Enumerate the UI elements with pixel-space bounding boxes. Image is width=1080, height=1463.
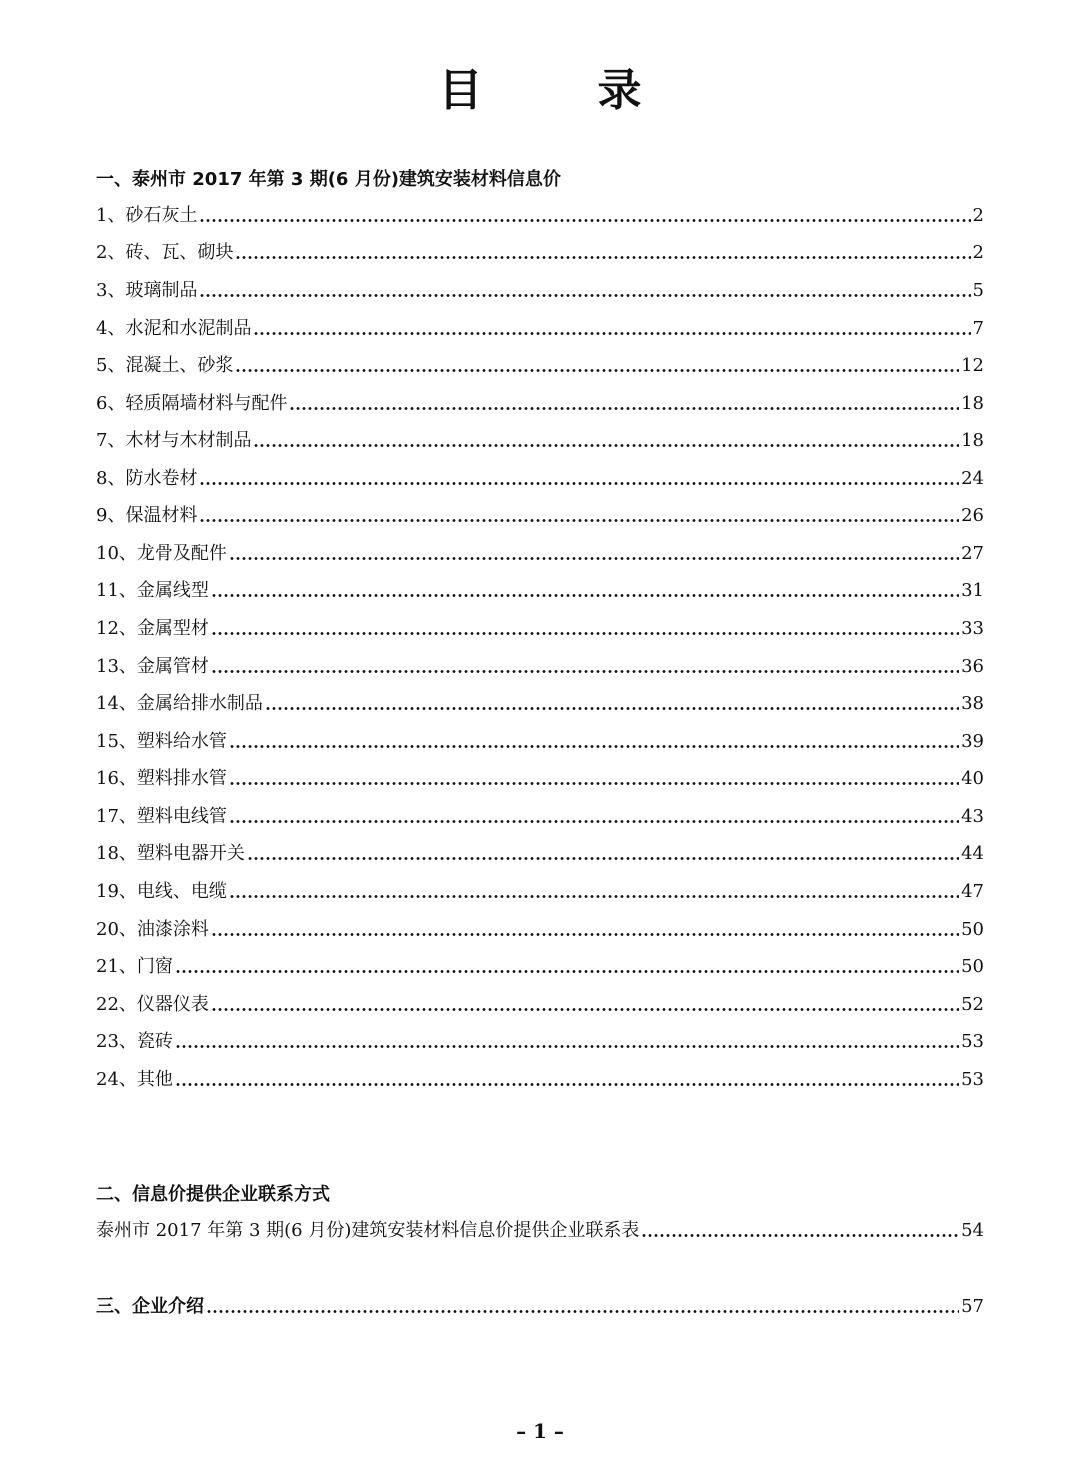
toc-item[interactable]: 8、防水卷材24 (96, 466, 984, 492)
toc-item-page: 53 (961, 1029, 984, 1055)
toc-item[interactable]: 14、金属给排水制品38 (96, 691, 984, 717)
toc-item[interactable]: 5、混凝土、砂浆12 (96, 353, 984, 379)
toc-item-label: 15、塑料给水管 (96, 729, 227, 755)
toc-item-page: 26 (961, 503, 984, 529)
toc-item[interactable]: 6、轻质隔墙材料与配件18 (96, 391, 984, 417)
toc-item[interactable]: 9、保温材料26 (96, 503, 984, 529)
dot-leader (289, 407, 959, 410)
toc-item-label: 12、金属型材 (96, 616, 209, 642)
toc-item[interactable]: 23、瓷砖53 (96, 1029, 984, 1055)
toc-item-page: 5 (973, 278, 984, 304)
title-char-right: 录 (598, 62, 642, 120)
toc-item-page: 54 (961, 1218, 984, 1244)
toc-item[interactable]: 12、金属型材33 (96, 616, 984, 642)
dot-leader (235, 369, 959, 372)
toc-item-label: 1、砂石灰土 (96, 203, 197, 229)
dot-leader (206, 1310, 959, 1313)
toc-item-page: 38 (961, 691, 984, 717)
toc-item[interactable]: 17、塑料电线管43 (96, 804, 984, 830)
toc-item-page: 50 (961, 917, 984, 943)
toc-item-page: 36 (961, 654, 984, 680)
toc-item-label: 21、门窗 (96, 954, 173, 980)
toc-item-page: 57 (961, 1294, 984, 1320)
toc-item[interactable]: 7、木材与木材制品18 (96, 428, 984, 454)
toc-item-label: 22、仪器仪表 (96, 992, 209, 1018)
toc-item[interactable]: 21、门窗50 (96, 954, 984, 980)
dot-leader (253, 332, 970, 335)
toc-item-page: 31 (961, 578, 984, 604)
toc-item-page: 18 (961, 391, 984, 417)
dot-leader (199, 294, 970, 297)
toc-item[interactable]: 3、玻璃制品5 (96, 278, 984, 304)
toc-item-label: 10、龙骨及配件 (96, 541, 227, 567)
toc-item-label: 17、塑料电线管 (96, 804, 227, 830)
toc-item-label: 4、水泥和水泥制品 (96, 316, 251, 342)
dot-leader (211, 632, 959, 635)
toc-item-page: 43 (961, 804, 984, 830)
dot-leader (235, 256, 970, 259)
toc-item[interactable]: 4、水泥和水泥制品7 (96, 316, 984, 342)
dot-leader (199, 482, 959, 485)
toc-item-label: 三、企业介绍 (96, 1294, 204, 1320)
toc-item-page: 18 (961, 428, 984, 454)
toc-item-label: 16、塑料排水管 (96, 766, 227, 792)
dot-leader (641, 1234, 959, 1237)
dot-leader (253, 444, 959, 447)
toc-item-label: 6、轻质隔墙材料与配件 (96, 391, 287, 417)
toc-item-page: 12 (961, 353, 984, 379)
toc-item-page: 40 (961, 766, 984, 792)
dot-leader (175, 970, 959, 973)
toc-item[interactable]: 泰州市 2017 年第 3 期(6 月份)建筑安装材料信息价提供企业联系表54 (96, 1218, 984, 1244)
toc-item[interactable]: 15、塑料给水管39 (96, 729, 984, 755)
toc-item[interactable]: 22、仪器仪表52 (96, 992, 984, 1018)
toc-item-label: 13、金属管材 (96, 654, 209, 680)
toc-item-page: 39 (961, 729, 984, 755)
section-heading-1: 一、泰州市 2017 年第 3 期(6 月份)建筑安装材料信息价 (96, 168, 561, 192)
dot-leader (175, 1045, 959, 1048)
dot-leader (199, 219, 970, 222)
toc-item-page: 53 (961, 1067, 984, 1093)
toc-item-label: 18、塑料电器开关 (96, 841, 245, 867)
toc-item[interactable]: 11、金属线型31 (96, 578, 984, 604)
toc-item-label: 2、砖、瓦、砌块 (96, 240, 233, 266)
toc-item-page: 33 (961, 616, 984, 642)
toc-item[interactable]: 16、塑料排水管40 (96, 766, 984, 792)
title-char-left: 目 (439, 62, 483, 120)
toc-item-page: 44 (961, 841, 984, 867)
dot-leader (229, 895, 959, 898)
toc-item-page: 2 (973, 203, 984, 229)
dot-leader (229, 557, 959, 560)
section-heading-3[interactable]: 三、企业介绍57 (96, 1294, 984, 1320)
dot-leader (211, 594, 959, 597)
dot-leader (211, 933, 959, 936)
page-number: – 1 – (0, 1419, 1080, 1443)
toc-item[interactable]: 1、砂石灰土2 (96, 203, 984, 229)
toc-item-page: 27 (961, 541, 984, 567)
toc-item-label: 7、木材与木材制品 (96, 428, 251, 454)
toc-item-label: 11、金属线型 (96, 578, 209, 604)
toc-item[interactable]: 20、油漆涂料50 (96, 917, 984, 943)
dot-leader (265, 707, 959, 710)
toc-item-page: 24 (961, 466, 984, 492)
page-title: 目 录 (0, 62, 1080, 120)
toc-item-label: 9、保温材料 (96, 503, 197, 529)
dot-leader (211, 670, 959, 673)
toc-item-label: 泰州市 2017 年第 3 期(6 月份)建筑安装材料信息价提供企业联系表 (96, 1218, 639, 1244)
toc-item[interactable]: 10、龙骨及配件27 (96, 541, 984, 567)
toc-item-page: 2 (973, 240, 984, 266)
toc-item-label: 20、油漆涂料 (96, 917, 209, 943)
toc-item[interactable]: 13、金属管材36 (96, 654, 984, 680)
toc-item-page: 7 (973, 316, 984, 342)
dot-leader (175, 1083, 959, 1086)
toc-item-page: 50 (961, 954, 984, 980)
dot-leader (199, 519, 959, 522)
toc-item-label: 24、其他 (96, 1067, 173, 1093)
toc-item[interactable]: 18、塑料电器开关44 (96, 841, 984, 867)
toc-item-label: 8、防水卷材 (96, 466, 197, 492)
toc-item-label: 3、玻璃制品 (96, 278, 197, 304)
dot-leader (211, 1008, 959, 1011)
dot-leader (229, 782, 959, 785)
toc-item-page: 52 (961, 992, 984, 1018)
toc-item-page: 47 (961, 879, 984, 905)
section-heading-2: 二、信息价提供企业联系方式 (96, 1183, 330, 1207)
dot-leader (247, 857, 959, 860)
toc-item-label: 19、电线、电缆 (96, 879, 227, 905)
toc-item[interactable]: 2、砖、瓦、砌块2 (96, 240, 984, 266)
toc-item-label: 5、混凝土、砂浆 (96, 353, 233, 379)
dot-leader (229, 820, 959, 823)
toc-item-label: 14、金属给排水制品 (96, 691, 263, 717)
dot-leader (229, 745, 959, 748)
toc-item-label: 23、瓷砖 (96, 1029, 173, 1055)
toc-item[interactable]: 24、其他53 (96, 1067, 984, 1093)
toc-item[interactable]: 19、电线、电缆47 (96, 879, 984, 905)
